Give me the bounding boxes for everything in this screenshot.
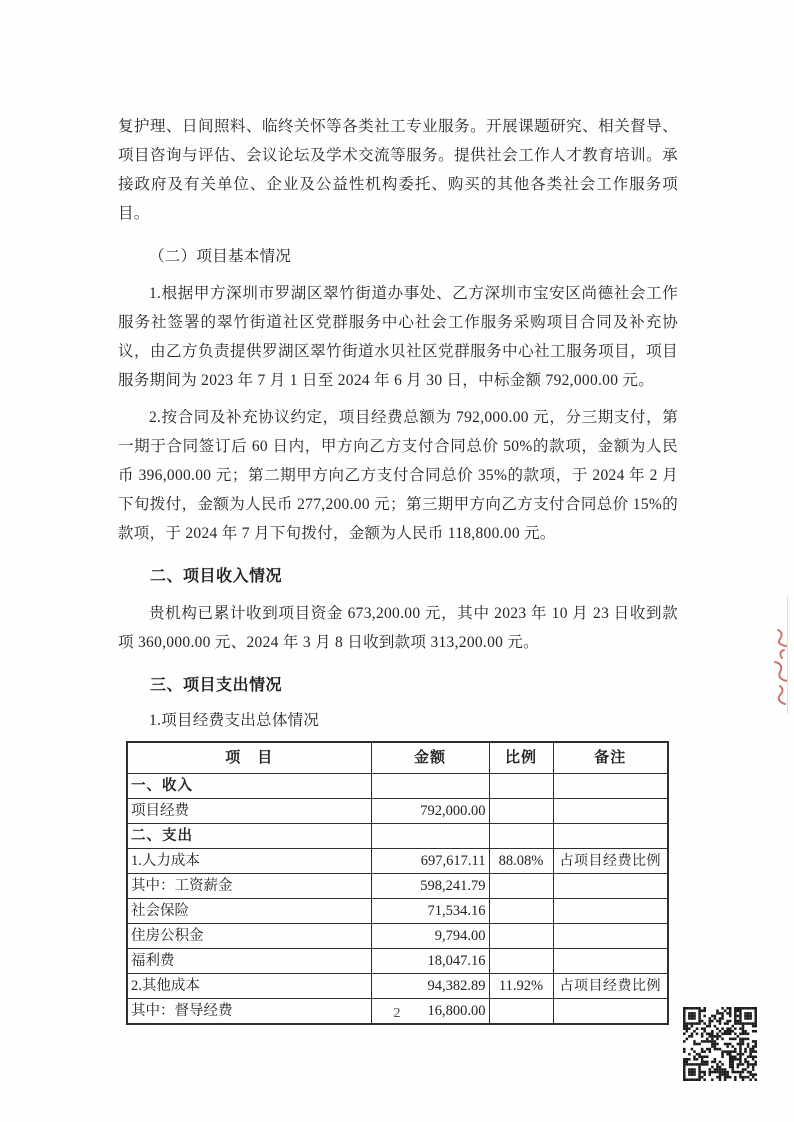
- paragraph-contract: 1.根据甲方深圳市罗湖区翠竹街道办事处、乙方深圳市宝安区尚德社会工作服务社签署的…: [118, 279, 678, 395]
- cell-item: 住房公积金: [127, 924, 371, 949]
- cell-ratio: [489, 924, 553, 949]
- cell-ratio: [489, 899, 553, 924]
- cell-item: 二、支出: [127, 824, 371, 849]
- header-row: 项 目 金额 比例 备注: [127, 742, 668, 774]
- cell-amount: [371, 824, 489, 849]
- cell-note: 占项目经费比例: [553, 974, 668, 999]
- cell-note: 占项目经费比例: [553, 849, 668, 874]
- cell-note: [553, 949, 668, 974]
- red-seal-fragment: [771, 624, 791, 709]
- subheading-expense-overview: 1.项目经费支出总体情况: [118, 706, 678, 735]
- document-page: 复护理、日间照料、临终关怀等各类社工专业服务。开展课题研究、相关督导、项目咨询与…: [0, 0, 794, 1122]
- cell-note: [553, 924, 668, 949]
- table-row: 其中：工资薪金598,241.79: [127, 874, 668, 899]
- heading-income: 二、项目收入情况: [118, 562, 678, 591]
- cell-item: 项目经费: [127, 799, 371, 824]
- col-header-item: 项 目: [127, 742, 371, 774]
- cell-item: 福利费: [127, 949, 371, 974]
- paragraph-income: 贵机构已累计收到项目资金 673,200.00 元，其中 2023 年 10 月…: [118, 599, 678, 657]
- table-row: 住房公积金9,794.00: [127, 924, 668, 949]
- cell-ratio: [489, 874, 553, 899]
- page-footer: 2: [0, 1006, 794, 1022]
- cell-amount: 697,617.11: [371, 849, 489, 874]
- paragraph-continuation: 复护理、日间照料、临终关怀等各类社工专业服务。开展课题研究、相关督导、项目咨询与…: [118, 112, 678, 228]
- heading-expense: 三、项目支出情况: [118, 671, 678, 700]
- table-row: 一、收入: [127, 774, 668, 799]
- cell-amount: [371, 774, 489, 799]
- cell-note: [553, 899, 668, 924]
- subheading-basic-info: （二）项目基本情况: [118, 242, 678, 271]
- cell-ratio: [489, 824, 553, 849]
- col-header-amount: 金额: [371, 742, 489, 774]
- table-row: 二、支出: [127, 824, 668, 849]
- table-row: 2.其他成本94,382.8911.92%占项目经费比例: [127, 974, 668, 999]
- document-body: 复护理、日间照料、临终关怀等各类社工专业服务。开展课题研究、相关督导、项目咨询与…: [118, 112, 678, 1025]
- col-header-ratio: 比例: [489, 742, 553, 774]
- cell-item: 社会保险: [127, 899, 371, 924]
- cell-item: 一、收入: [127, 774, 371, 799]
- qr-code: [683, 1007, 757, 1081]
- cell-item: 2.其他成本: [127, 974, 371, 999]
- table-row: 社会保险71,534.16: [127, 899, 668, 924]
- cell-ratio: 11.92%: [489, 974, 553, 999]
- expense-table: 项 目 金额 比例 备注 一、收入项目经费792,000.00二、支出1.人力成…: [126, 741, 669, 1025]
- cell-item: 其中：工资薪金: [127, 874, 371, 899]
- cell-ratio: [489, 949, 553, 974]
- table-row: 1.人力成本697,617.1188.08%占项目经费比例: [127, 849, 668, 874]
- cell-amount: 9,794.00: [371, 924, 489, 949]
- expense-table-body: 一、收入项目经费792,000.00二、支出1.人力成本697,617.1188…: [127, 774, 668, 1025]
- col-header-note: 备注: [553, 742, 668, 774]
- cell-amount: 18,047.16: [371, 949, 489, 974]
- expense-table-header: 项 目 金额 比例 备注: [127, 742, 668, 774]
- cell-note: [553, 824, 668, 849]
- paragraph-payment: 2.按合同及补充协议约定，项目经费总额为 792,000.00 元，分三期支付，…: [118, 403, 678, 548]
- table-row: 项目经费792,000.00: [127, 799, 668, 824]
- table-row: 福利费18,047.16: [127, 949, 668, 974]
- cell-amount: 94,382.89: [371, 974, 489, 999]
- cell-amount: 792,000.00: [371, 799, 489, 824]
- scan-edge-line: [787, 596, 788, 714]
- cell-amount: 598,241.79: [371, 874, 489, 899]
- cell-note: [553, 799, 668, 824]
- page-number: 2: [394, 1006, 401, 1021]
- cell-ratio: [489, 799, 553, 824]
- cell-item: 1.人力成本: [127, 849, 371, 874]
- cell-ratio: [489, 774, 553, 799]
- cell-ratio: 88.08%: [489, 849, 553, 874]
- cell-amount: 71,534.16: [371, 899, 489, 924]
- cell-note: [553, 774, 668, 799]
- cell-note: [553, 874, 668, 899]
